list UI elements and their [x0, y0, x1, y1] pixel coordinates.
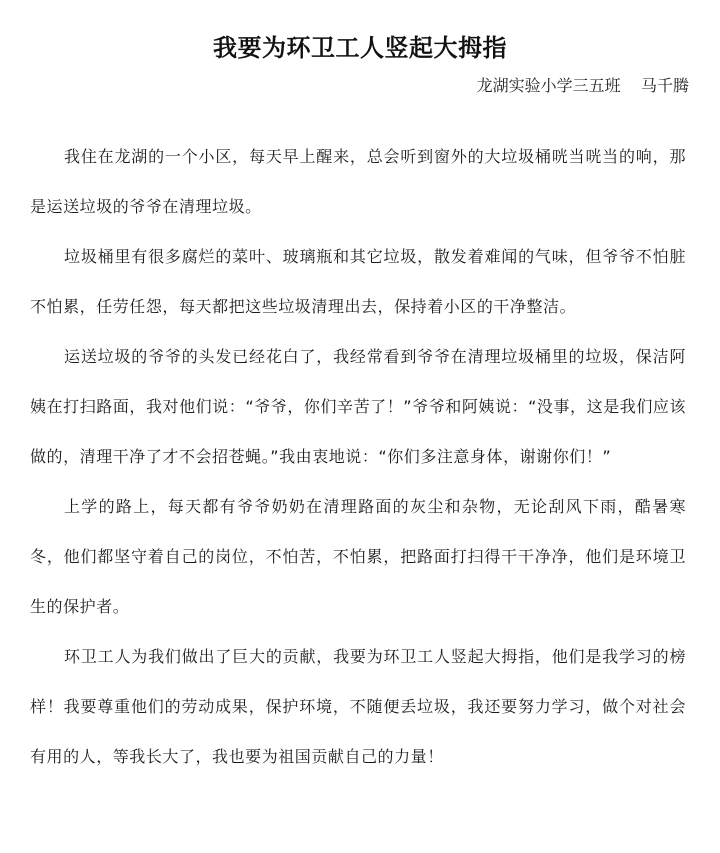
paragraph-5: 环卫工人为我们做出了巨大的贡献，我要为环卫工人竖起大拇指，他们是我学习的榜样！我…: [30, 632, 686, 782]
paragraph-4: 上学的路上，每天都有爷爷奶奶在清理路面的灰尘和杂物，无论刮风下雨，酷暑寒冬，他们…: [30, 482, 686, 632]
paragraph-3: 运送垃圾的爷爷的头发已经花白了，我经常看到爷爷在清理垃圾桶里的垃圾，保洁阿姨在打…: [30, 332, 686, 482]
author-byline: 龙湖实验小学三五班 马千腾: [477, 74, 689, 98]
paragraph-2: 垃圾桶里有很多腐烂的菜叶、玻璃瓶和其它垃圾，散发着难闻的气味，但爷爷不怕脏不怕累…: [30, 232, 686, 332]
essay-body: 我住在龙湖的一个小区，每天早上醒来，总会听到窗外的大垃圾桶咣当咣当的响，那是运送…: [30, 132, 686, 782]
paragraph-1: 我住在龙湖的一个小区，每天早上醒来，总会听到窗外的大垃圾桶咣当咣当的响，那是运送…: [30, 132, 686, 232]
essay-title: 我要为环卫工人竖起大拇指: [0, 30, 720, 66]
